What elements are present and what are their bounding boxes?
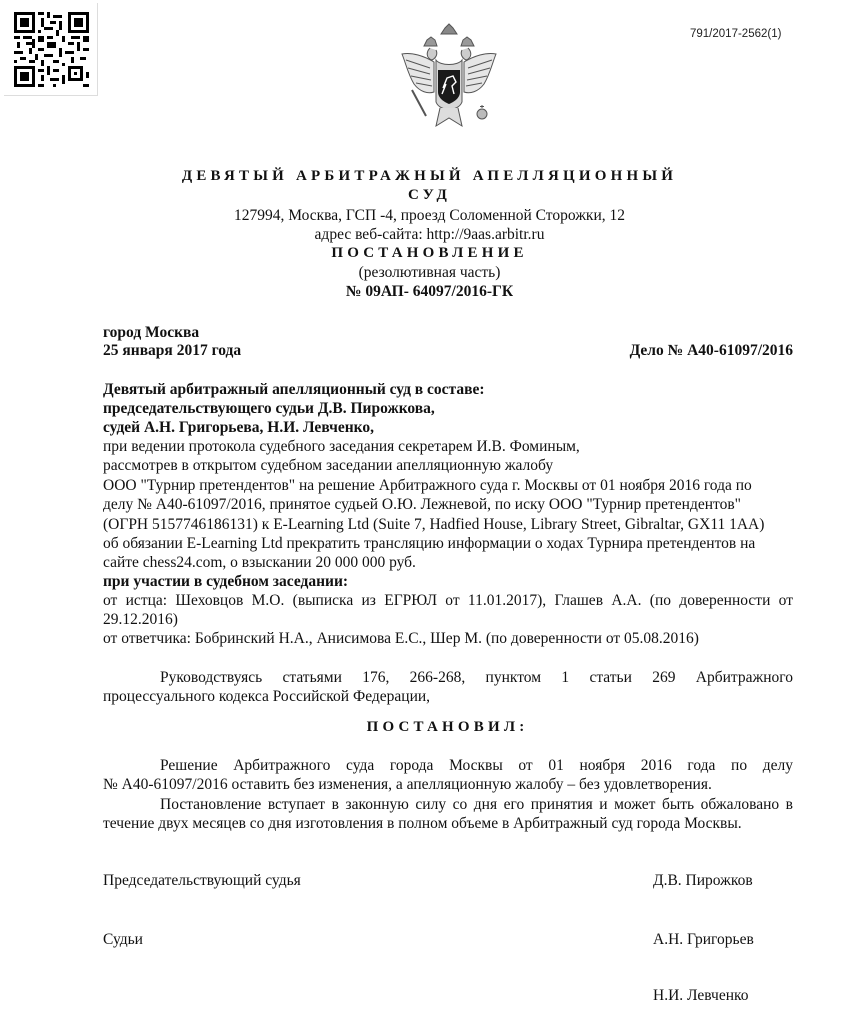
presiding-judge-label: Председательствующий судья xyxy=(103,872,301,890)
ruling-p2-line2: течение двух месяцев со дня изготовления… xyxy=(103,815,742,833)
body-line: об обязании E-Learning Ltd прекратить тр… xyxy=(103,535,755,553)
grounds-line1: Руководствуясь статьями 176, 266-268, пу… xyxy=(160,669,793,687)
composition-presiding: председательствующего судьи Д.В. Пирожко… xyxy=(103,400,435,418)
judges-label: Судьи xyxy=(103,931,143,949)
composition-judges: судей А.Н. Григорьева, Н.И. Левченко, xyxy=(103,419,374,437)
judge-name: А.Н. Григорьев xyxy=(653,931,754,949)
participants-plaintiff: от истца: Шеховцов М.О. (выписка из ЕГРЮ… xyxy=(103,592,793,610)
date: 25 января 2017 года xyxy=(103,342,241,360)
body-line: делу № А40-61097/2016, принятое судьей О… xyxy=(103,496,741,514)
registration-number: 791/2017-2562(1) xyxy=(690,28,781,40)
body-line: сайте chess24.com, о взыскании 20 000 00… xyxy=(103,554,416,572)
ruling-p1-line1: Решение Арбитражного суда города Москвы … xyxy=(160,757,793,775)
participants-title: при участии в судебном заседании: xyxy=(103,573,348,591)
qr-code xyxy=(4,3,98,96)
composition-intro: Девятый арбитражный апелляционный суд в … xyxy=(103,381,485,399)
document-subtype: (резолютивная часть) xyxy=(0,264,859,282)
document-type: ПОСТАНОВЛЕНИЕ xyxy=(0,245,859,262)
ruling-title: ПОСТАНОВИЛ: xyxy=(0,719,859,736)
body-line: рассмотрев в открытом судебном заседании… xyxy=(103,457,553,475)
document-number: № 09АП- 64097/2016-ГК xyxy=(0,283,859,301)
qr-code-icon xyxy=(14,12,89,87)
presiding-judge-name: Д.В. Пирожков xyxy=(653,872,753,890)
grounds-line2: процессуального кодекса Российской Федер… xyxy=(103,688,430,706)
body-line: при ведении протокола судебного заседани… xyxy=(103,438,580,456)
judge-name: Н.И. Левченко xyxy=(653,987,749,1005)
court-website: адрес веб-сайта: http://9aas.arbitr.ru xyxy=(0,226,859,244)
city: город Москва xyxy=(103,324,199,342)
court-name-line2: СУД xyxy=(0,187,859,204)
russian-coat-of-arms-icon xyxy=(396,22,502,140)
court-address: 127994, Москва, ГСП -4, проезд Соломенно… xyxy=(0,207,859,225)
participants-defendant: от ответчика: Бобринский Н.А., Анисимова… xyxy=(103,630,699,648)
body-line: (ОГРН 5157746186131) к E-Learning Ltd (S… xyxy=(103,516,764,534)
ruling-p2-line1: Постановление вступает в законную силу с… xyxy=(160,796,793,814)
case-number: Дело № А40-61097/2016 xyxy=(630,342,793,360)
ruling-p1-line2: № А40-61097/2016 оставить без изменения,… xyxy=(103,776,712,794)
participants-plaintiff-cont: 29.12.2016) xyxy=(103,611,178,629)
court-name: ДЕВЯТЫЙ АРБИТРАЖНЫЙ АПЕЛЛЯЦИОННЫЙ xyxy=(0,168,859,185)
emblem xyxy=(396,22,502,140)
body-line: ООО "Турнир претендентов" на решение Арб… xyxy=(103,477,752,495)
